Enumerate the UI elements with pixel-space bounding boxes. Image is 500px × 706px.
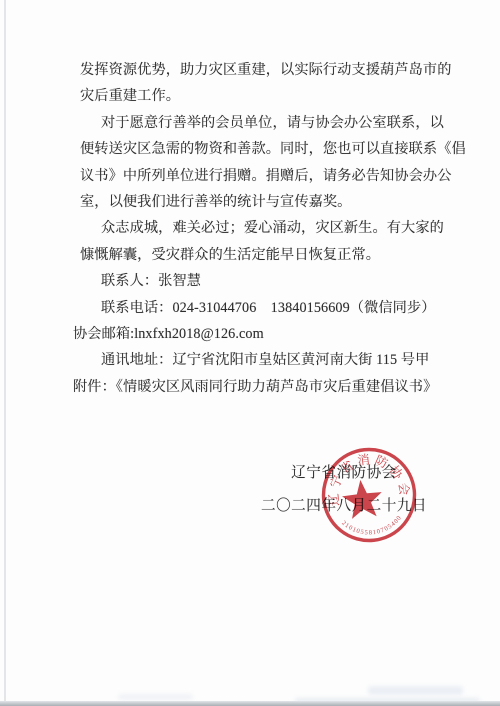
scan-smudge xyxy=(368,686,463,695)
body-line: 灾后重建工作。 xyxy=(80,83,452,109)
body-line: 便转送灾区急需的物资和善款。同时，您也可以直接联系《倡 xyxy=(80,136,452,162)
attachment-line: 附件：《情暖灾区风雨同行助力葫芦岛市灾后重建倡议书》 xyxy=(73,374,452,400)
body-line: 室，以便我们进行善举的统计与宣传嘉奖。 xyxy=(80,189,452,215)
contact-person-line: 联系人：张智慧 xyxy=(80,268,452,294)
scan-bottom-edge xyxy=(0,701,500,706)
contact-email-line: 协会邮箱:lnxfxh2018@126.com xyxy=(73,321,452,347)
scanned-letter-page: 发挥资源优势，助力灾区重建，以实际行动支援葫芦岛市的 灾后重建工作。 对于愿意行… xyxy=(0,0,500,706)
seal-star-icon xyxy=(341,478,385,520)
body-line: 众志成城，难关必过；爱心涌动，灾区新生。有大家的 xyxy=(80,215,452,241)
body-line: 议书》中所列单位进行捐赠。捐赠后，请务必告知协会办公 xyxy=(80,163,452,189)
contact-address-line: 通讯地址：辽宁省沈阳市皇姑区黄河南大街 115 号甲 xyxy=(80,347,452,373)
scan-left-edge xyxy=(4,0,6,706)
body-line: 发挥资源优势，助力灾区重建，以实际行动支援葫芦岛市的 xyxy=(80,57,452,83)
official-seal: 辽宁省消防协会 2101055810705400 xyxy=(292,418,446,572)
letter-body: 发挥资源优势，助力灾区重建，以实际行动支援葫芦岛市的 灾后重建工作。 对于愿意行… xyxy=(80,57,452,400)
scan-smudge xyxy=(118,694,193,700)
contact-phone-line: 联系电话：024-31044706 13840156609（微信同步） xyxy=(80,295,452,321)
body-line: 对于愿意行善举的会员单位，请与协会办公室联系，以 xyxy=(80,110,452,136)
body-line: 慷慨解囊，受灾群众的生活定能早日恢复正常。 xyxy=(80,242,452,268)
